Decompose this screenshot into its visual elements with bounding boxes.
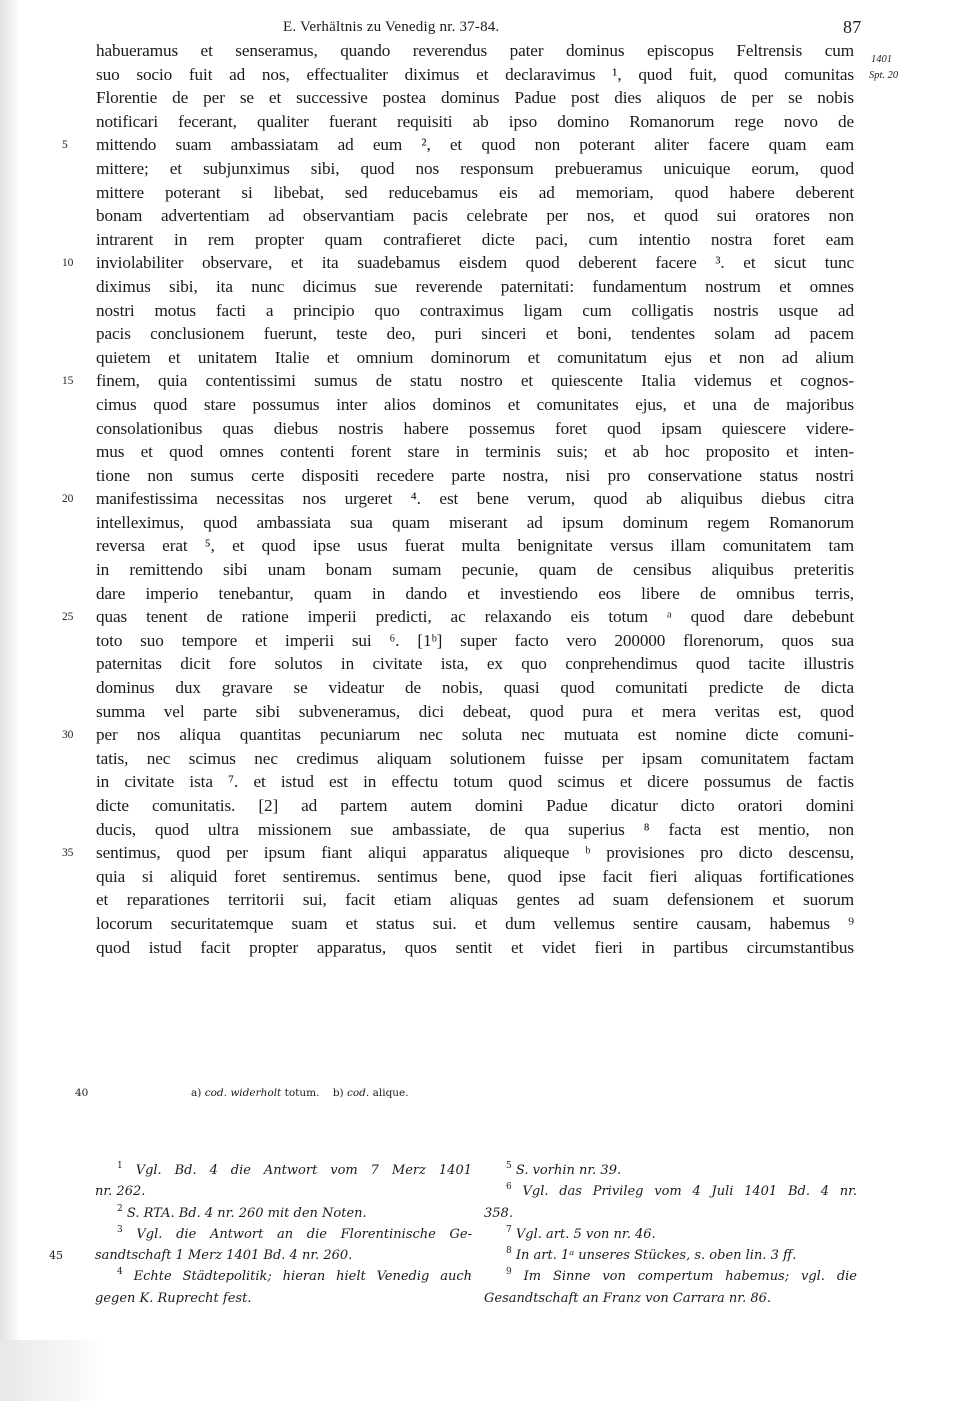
line-text: mittere poterant si libebat, sed reduceb… [96,181,854,205]
text-line: cimus quod stare possumus inter alios do… [96,393,854,417]
line-text: intelleximus, quod ambassiata sua quam m… [96,511,854,535]
line-text: sentimus, quod per ipsum fiant aliqui ap… [96,841,854,865]
variants-line-number: 40 [75,1087,88,1099]
line-text: et reparationes territorii sui, facit et… [96,888,854,912]
line-text: tatis, nec scimus nec credimus aliquam s… [96,747,854,771]
footnote-text: sandtschaft 1 Merz 1401 Bd. 4 nr. 260. [95,1248,352,1263]
textual-variants: 40 a) cod. widerholt totum. b) cod. aliq… [0,1087,960,1105]
scan-page-edge [0,0,20,1401]
footnote-text: Im Sinne von compertum habemus; vgl. die [524,1269,857,1284]
footnote-line: 2 S. RTA. Bd. 4 nr. 260 mit den Noten. [95,1203,472,1224]
text-line: mittere; et subjunximus sibi, quod nos r… [96,157,854,181]
text-line: in civitate ista ⁷. et istud est in effe… [96,770,854,794]
line-text: pacis conclusionem fuerunt, teste deo, p… [96,322,854,346]
text-line: 30per nos aliqua quantitas pecuniarum ne… [96,723,854,747]
footnote-marker: 1 [117,1161,123,1171]
scan-page-edge-lower [0,1340,100,1401]
footnote-marker: 4 [117,1267,123,1277]
margin-date-note: 1401 Spt. 20 [869,52,949,84]
line-text: mittendo suam ambassiatam ad eum ², et q… [96,133,854,157]
line-number: 35 [62,842,86,866]
line-text: finem, quia contentissimi sumus de statu… [96,369,854,393]
footnote-text: S. RTA. Bd. 4 nr. 260 mit den Noten. [127,1206,367,1221]
text-line: notificari fecerant, qualiter fuerant re… [96,110,854,134]
line-number: 20 [62,488,86,512]
line-number: 25 [62,606,86,630]
footnote-marker: 6 [506,1182,512,1192]
footnote-text: gegen K. Ruprecht fest. [95,1291,251,1306]
footnote-text: 358. [484,1206,513,1221]
footnote-line: gegen K. Ruprecht fest. [95,1288,472,1309]
line-text: nostri motus facti a principio quo contr… [96,299,854,323]
text-line: in remittendo sibi unam bonam sumam pecu… [96,558,854,582]
text-line: bonam advertentiam ad observantiam pacis… [96,204,854,228]
line-text: habueramus et senseramus, quando reveren… [96,39,854,63]
line-text: bonam advertentiam ad observantiam pacis… [96,204,854,228]
footnote-line: 8 In art. 1ᵃ unseres Stückes, s. oben li… [484,1245,857,1266]
text-line: intrarent in rem propter quam contrafier… [96,228,854,252]
footnote-text: In art. 1ᵃ unseres Stückes, s. oben lin.… [516,1248,796,1263]
page-number: 87 [843,17,861,38]
line-text: quietem et unitatem Italie et omnium dom… [96,346,854,370]
text-line: dominus dux gravare se videatur de nobis… [96,676,854,700]
line-text: toto suo tempore et imperii sui ⁶. [1ᵇ] … [96,629,854,653]
footnote-line: 3 Vgl. die Antwort an die Florentinische… [95,1224,472,1245]
footnote-line: 358. [484,1203,857,1224]
line-text: quas tenent de ratione imperii predicti,… [96,605,854,629]
line-text: quia si aliquid foret sentiremus. sentim… [96,865,854,889]
text-line: quietem et unitatem Italie et omnium dom… [96,346,854,370]
variant-b-rest: alique. [373,1087,409,1099]
text-line: 25quas tenent de ratione imperii predict… [96,605,854,629]
variant-b-cod: cod. [347,1087,369,1099]
text-line: quod istud facit propter apparatus, quos… [96,936,854,960]
line-text: cimus quod stare possumus inter alios do… [96,393,854,417]
line-text: quod istud facit propter apparatus, quos… [96,936,854,960]
text-line: quia si aliquid foret sentiremus. sentim… [96,865,854,889]
line-text: summa vel parte sibi subveneramus, dici … [96,700,854,724]
footnotes-left-column: 1 Vgl. Bd. 4 die Antwort vom 7 Merz 1401… [95,1160,472,1309]
variant-a-word: widerholt [230,1087,281,1099]
footnote-text: S. vorhin nr. 39. [516,1163,621,1178]
text-line: 10inviolabiliter observare, et ita suade… [96,251,854,275]
margin-note-year: 1401 [869,52,949,68]
text-line: nostri motus facti a principio quo contr… [96,299,854,323]
footnote-line-number: 45 [49,1245,63,1266]
variant-a-cod: cod. [205,1087,227,1099]
text-line: paternitas dicit fore solutos in civitat… [96,652,854,676]
line-number: 30 [62,724,86,748]
line-text: tione non sumus certe dispositi recedere… [96,464,854,488]
footnote-marker: 8 [506,1246,512,1256]
footnote-text: Vgl. art. 5 von nr. 46. [516,1227,656,1242]
footnote-text: Vgl. Bd. 4 die Antwort vom 7 Merz 1401 [136,1163,472,1178]
running-head-title: E. Verhältnis zu Venedig nr. 37-84. [283,19,499,36]
footnote-line: Gesandtschaft an Franz von Carrara nr. 8… [484,1288,857,1309]
footnote-text: Echte Städtepolitik; hieran hielt Venedi… [134,1269,472,1284]
text-line: ducis, quod ultra missionem sue ambassia… [96,818,854,842]
footnote-text: Vgl. das Privileg vom 4 Juli 1401 Bd. 4 … [522,1184,857,1199]
line-text: locorum securitatemque suam et status su… [96,912,854,936]
line-number: 10 [62,252,86,276]
line-text: intrarent in rem propter quam contrafier… [96,228,854,252]
text-line: summa vel parte sibi subveneramus, dici … [96,700,854,724]
line-text: dominus dux gravare se videatur de nobis… [96,676,854,700]
line-text: manifestissima necessitas nos urgeret ⁴.… [96,487,854,511]
line-text: consolationibus quas diebus nostris habe… [96,417,854,441]
footnote-line: 1 Vgl. Bd. 4 die Antwort vom 7 Merz 1401 [95,1160,472,1181]
line-text: mus et quod omnes contenti forent stare … [96,440,854,464]
text-line: intelleximus, quod ambassiata sua quam m… [96,511,854,535]
footnotes-right-column: 5 S. vorhin nr. 39.6 Vgl. das Privileg v… [484,1160,857,1309]
variants-text: a) cod. widerholt totum. b) cod. alique. [191,1087,409,1099]
line-number: 15 [62,370,86,394]
footnote-line: 4 Echte Städtepolitik; hieran hielt Vene… [95,1266,472,1287]
text-line: et reparationes territorii sui, facit et… [96,888,854,912]
footnote-text: nr. 262. [95,1184,145,1199]
footnote-line: 45sandtschaft 1 Merz 1401 Bd. 4 nr. 260. [95,1245,472,1266]
line-text: diximus sibi, ita nunc dicimus sue rever… [96,275,854,299]
margin-note-day: Spt. 20 [869,68,949,84]
text-line: Florentie de per se et successive postea… [96,86,854,110]
text-line: locorum securitatemque suam et status su… [96,912,854,936]
line-number: 5 [62,134,86,158]
text-line: habueramus et senseramus, quando reveren… [96,39,854,63]
footnote-marker: 7 [506,1225,512,1235]
line-text: reversa erat ⁵, et quod ipse usus fuerat… [96,534,854,558]
line-text: in civitate ista ⁷. et istud est in effe… [96,770,854,794]
line-text: inviolabiliter observare, et ita suadeba… [96,251,854,275]
line-text: mittere; et subjunximus sibi, quod nos r… [96,157,854,181]
footnote-marker: 3 [117,1225,123,1235]
line-text: notificari fecerant, qualiter fuerant re… [96,110,854,134]
footnote-line: 5 S. vorhin nr. 39. [484,1160,857,1181]
footnote-line: nr. 262. [95,1181,472,1202]
footnote-text: Gesandtschaft an Franz von Carrara nr. 8… [484,1291,771,1306]
text-line: toto suo tempore et imperii sui ⁶. [1ᵇ] … [96,629,854,653]
variant-b-label: b) [333,1087,344,1099]
line-text: dicte comunitatis. [2] ad partem autem d… [96,794,854,818]
line-text: ducis, quod ultra missionem sue ambassia… [96,818,854,842]
line-text: in remittendo sibi unam bonam sumam pecu… [96,558,854,582]
footnote-line: 9 Im Sinne von compertum habemus; vgl. d… [484,1266,857,1287]
text-line: 20manifestissima necessitas nos urgeret … [96,487,854,511]
text-line: 15finem, quia contentissimi sumus de sta… [96,369,854,393]
text-line: tione non sumus certe dispositi recedere… [96,464,854,488]
footnote-text: Vgl. die Antwort an die Florentinische G… [136,1227,472,1242]
running-head: E. Verhältnis zu Venedig nr. 37-84. 87 [0,19,960,39]
text-line: 5mittendo suam ambassiatam ad eum ², et … [96,133,854,157]
text-line: mittere poterant si libebat, sed reduceb… [96,181,854,205]
text-line: suo socio fuit ad nos, effectualiter dix… [96,63,854,87]
footnote-line: 6 Vgl. das Privileg vom 4 Juli 1401 Bd. … [484,1181,857,1202]
text-line: consolationibus quas diebus nostris habe… [96,417,854,441]
footnote-marker: 2 [117,1204,123,1214]
text-line: 35sentimus, quod per ipsum fiant aliqui … [96,841,854,865]
line-text: Florentie de per se et successive postea… [96,86,854,110]
line-text: dare imperio tenebantur, quam in dando e… [96,582,854,606]
line-text: per nos aliqua quantitas pecuniarum nec … [96,723,854,747]
line-text: paternitas dicit fore solutos in civitat… [96,652,854,676]
text-line: dare imperio tenebantur, quam in dando e… [96,582,854,606]
text-line: reversa erat ⁵, et quod ipse usus fuerat… [96,534,854,558]
line-text: suo socio fuit ad nos, effectualiter dix… [96,63,854,87]
text-line: diximus sibi, ita nunc dicimus sue rever… [96,275,854,299]
variant-a-rest: totum. [285,1087,320,1099]
footnote-marker: 5 [506,1161,512,1171]
text-line: pacis conclusionem fuerunt, teste deo, p… [96,322,854,346]
text-line: dicte comunitatis. [2] ad partem autem d… [96,794,854,818]
footnote-line: 7 Vgl. art. 5 von nr. 46. [484,1224,857,1245]
main-text: habueramus et senseramus, quando reveren… [96,39,854,959]
text-line: tatis, nec scimus nec credimus aliquam s… [96,747,854,771]
variant-a-label: a) [191,1087,201,1099]
text-line: mus et quod omnes contenti forent stare … [96,440,854,464]
footnote-marker: 9 [506,1267,512,1277]
